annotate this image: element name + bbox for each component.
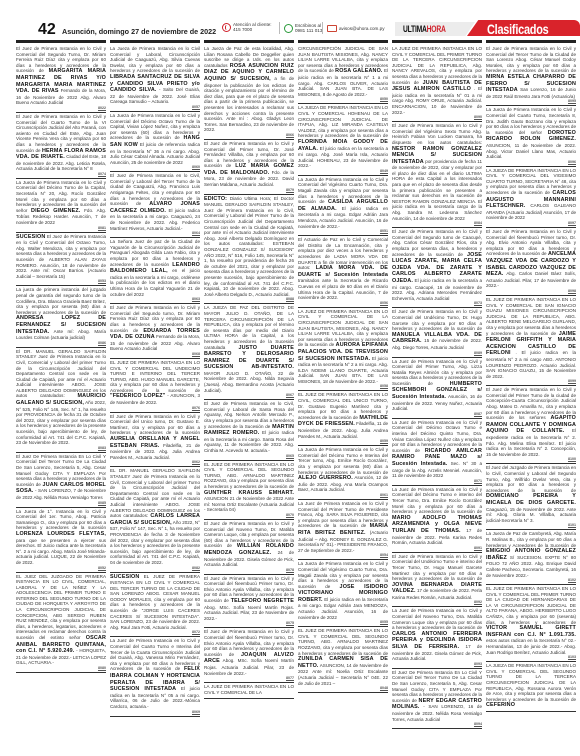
notice-body: La Jueza de Primera Instancia en lo Civi… xyxy=(110,46,200,73)
decedent-name: VICTOR SAMUEL GIRETT INSFRAN con C.I. N°… xyxy=(486,625,576,638)
notice-code: 8056 xyxy=(298,301,388,305)
legal-notice: El Juez de Primera Instancia en lo Civil… xyxy=(486,228,576,296)
notice-code: 8083 xyxy=(16,446,106,450)
notice-code: 8022 xyxy=(16,106,106,110)
column-2: La Jueza de Primera Instancia en lo Civi… xyxy=(110,40,200,756)
legal-notice: EL JUEZ DE PRIMERA INSTANCIA EN LO CIVIL… xyxy=(204,461,294,520)
page-date: Asunción, domingo 27 de noviembre de 202… xyxy=(62,27,216,36)
decedent-name: SUCESION xyxy=(16,234,45,240)
legal-notice: La Jueza de Primera Instancia en lo Civi… xyxy=(16,179,106,233)
notice-body: La Juez de Primera Instancia en lo Civil… xyxy=(392,487,482,514)
page-number: 42 xyxy=(38,24,56,36)
contact-email[interactable]: avisos@uhora.com.py xyxy=(339,26,385,31)
notice-code: 8097 xyxy=(486,221,576,225)
notice-code: 8085 xyxy=(16,501,106,505)
decedent-name: LORENZA LOURDES FLEYTAS, xyxy=(16,531,106,537)
legal-notice: SUCESION El Juez de Primera Instancia en… xyxy=(16,233,106,287)
notice-closing: Año 2022, N° 537, Folio N° 147, Sec. N° … xyxy=(110,520,200,565)
notice-code: 8103 xyxy=(486,655,576,659)
notice-code: 8086 xyxy=(16,341,106,345)
notice-code: 8098 xyxy=(486,289,576,293)
legal-notice: El Juez de Primera Instancia en lo Civil… xyxy=(486,45,576,106)
notice-code: 8072 xyxy=(110,630,200,634)
legal-notice: EL JUEZ DE PRIMERA INSTANCIA EN LO CIVIL… xyxy=(298,627,388,693)
legal-notice: La jueza de primera instancia del juzgad… xyxy=(16,286,106,347)
column-top-rule xyxy=(16,40,106,43)
column-4: CIRCUNSCRIPCIÓN JUDICIAL DE SAN JUAN BAU… xyxy=(298,40,388,756)
decedent-name: ALEJO GUERRERO. xyxy=(298,475,353,481)
legal-notice: El Juez de Primera Instancia en lo Civil… xyxy=(204,400,294,460)
legal-notice: La Señora Juez de paz de la Ciudad de Ya… xyxy=(110,238,200,304)
notice-code: 8070 xyxy=(204,513,294,517)
notice-code: 8058 xyxy=(298,384,388,388)
column-top-rule xyxy=(204,40,294,43)
contact-phone: 415 7000 xyxy=(233,27,272,32)
legal-notice: El Juez de Primera Instancia en lo Civil… xyxy=(392,553,482,608)
decedent-name: DIEGO GIMENEZ. xyxy=(31,208,80,214)
notice-code: 8073 xyxy=(392,301,482,305)
legal-notice: LA JUEZA DE PAZ DEL DISTRITO DE MAYOR JU… xyxy=(204,304,294,400)
notice-closing: MAYOR JULIO D. OTAÑO, 22 de Noviembre de… xyxy=(204,371,294,393)
notice-closing: Caaguazú, 15 de Noviembre de 2022. Ante … xyxy=(486,507,576,523)
notice-closing: a fin de disponer la publicación de los … xyxy=(204,76,294,132)
notice-body: La Jueza de Primera Instancia en lo Civi… xyxy=(298,447,388,474)
legal-notice: LA JUEZA DE PRIMERA INSTANCIA EN LO CIVI… xyxy=(298,104,388,176)
notice-body: El Juez de Primera Instancia en lo Civil… xyxy=(392,309,482,331)
legal-notice: La Jueza de Primera Instancia en lo Civi… xyxy=(298,560,388,627)
notice-body: LA JUEZ DE PRIMERA INSTANCIA EN LO CIVIL… xyxy=(204,684,294,695)
legal-notice: EL JUEZ DE PRIMERA INSTANCIA EN LO CIVIL… xyxy=(486,585,576,662)
logo-black: ULTIMA xyxy=(403,24,427,34)
legal-notice: El Juez de Primera Instancia en lo Civil… xyxy=(392,228,482,308)
decedent-name: CEFERINO xyxy=(486,702,515,708)
logo-red: HORA xyxy=(427,24,446,34)
notice-closing: Diario Ultima Hora; El Doctor MANUEL GER… xyxy=(204,196,294,297)
notice-code: 8065 xyxy=(204,454,294,458)
notice-code: 8064 xyxy=(110,231,200,235)
notice-closing: por providencia de fecha 11 de noviembre… xyxy=(392,159,482,221)
legal-notice: El Juez de Primera Instancia en lo Civil… xyxy=(392,122,482,228)
whatsapp-icon xyxy=(284,24,293,33)
legal-notice: La Juez de Primera Instancia en lo Civil… xyxy=(110,637,200,716)
column-top-rule xyxy=(110,40,200,43)
notice-body: LA JUEZA DE PRIMERA INSTANCIA EN LO CIVI… xyxy=(486,663,576,702)
notice-code: 8088 xyxy=(204,297,294,301)
phone-icon xyxy=(222,23,231,32)
divider xyxy=(322,22,323,34)
notice-closing: para que se presenten a ejercer sus dere… xyxy=(16,538,106,565)
notice-code: 8050 xyxy=(298,97,388,101)
legal-notice: CIRCUNSCRIPCIÓN JUDICIAL DE SAN JUAN BAU… xyxy=(298,45,388,104)
notice-code: 8084 xyxy=(392,221,482,225)
decedent-name: DOMICIANO PEREIRA Y MICAELA DE DIOS GARC… xyxy=(486,493,576,506)
notice-code: 8081 xyxy=(16,226,106,230)
legal-notice: La Jueza de Primera Instancia en lo Civi… xyxy=(298,446,388,500)
legal-notice: LA JUEZ DE PRIMERA INSTANCIA EN LO CIVIL… xyxy=(298,308,388,392)
notice-closing: tramitados ante la Secretaría de Ricardo… xyxy=(298,278,388,300)
legal-notice: El Juez de Primera Instancia en lo Civil… xyxy=(392,308,482,357)
decedent-name: TELEFORO NEGRETTE xyxy=(231,598,294,604)
legal-notice: El Juez de Primera Instancia en lo Civil… xyxy=(204,575,294,629)
notice-code: 8062 xyxy=(110,460,200,464)
notice-body: El Juez de Primera Instancia en lo Civil… xyxy=(392,554,482,581)
notice-closing: ASUNCION, 11 de Noviembre de 2022. Abog.… xyxy=(486,143,576,159)
notice-code: 8071 xyxy=(392,479,482,483)
notice-code: 8069 xyxy=(110,710,200,714)
legal-notice: La Jueza de Primera Instancia en lo Civi… xyxy=(486,106,576,166)
notice-closing: estos autos radican en la Secretaría N° … xyxy=(486,638,576,654)
legal-notice: El Juez de Primera Instancia en lo Civil… xyxy=(110,172,200,238)
notice-code: 8082 xyxy=(110,566,200,570)
legal-notice: EL DR. MANUEL GERALDO SAIFILDIN STANLEY … xyxy=(110,467,200,572)
notice-body: El Juez de Primera Instancia en lo Civil… xyxy=(110,414,200,436)
decedent-name: EDICTO: xyxy=(204,196,227,202)
notice-code: 8048 xyxy=(298,686,388,690)
notice-body: EL DR. MANUEL GERALDO SAIFILDIN STANLEY … xyxy=(110,468,200,518)
legal-notice: EL JUEZ DE PRIMERA INSTANCIA EN LO CIVIL… xyxy=(110,359,200,413)
notice-code: 8061 xyxy=(298,493,388,497)
legal-notice: LA JUEZA DE PRIMERA INSTANCIA EN LO CIVI… xyxy=(486,167,576,228)
notice-code: 8087 xyxy=(392,412,482,416)
legal-notice: El Juez de Primera Instancia en lo Civil… xyxy=(486,386,576,464)
column-5: LA JUEZ DE PRIMERA INSTANCIA EN LO CIVIL… xyxy=(392,40,482,756)
legal-notice: El Juez de Primera Instancia en lo Civil… xyxy=(110,413,200,468)
notice-code: 8055 xyxy=(298,620,388,624)
legal-notice: La Juez de Primera Instancia en lo Civil… xyxy=(392,607,482,668)
notice-code: 8059 xyxy=(298,439,388,443)
notice-code: 8080 xyxy=(16,666,106,670)
classifieds-columns: El Juez de Primera Instancia en lo Civil… xyxy=(16,40,576,756)
legal-notice: El Juez del Juzgado de Primera Instancia… xyxy=(486,464,576,530)
notice-code: 8054 xyxy=(298,553,388,557)
legal-notice: La Jueza de Paz de Cambyretá, Abg. María… xyxy=(486,530,576,585)
notice-body: La Juez de Primera Instancia en lo Civil… xyxy=(392,608,482,630)
legal-notice: La Jueza de Primera Instancia en lo Civi… xyxy=(110,45,200,112)
notice-body: El DR. MANUEL GERALDO SAIFILDIN STANLEY … xyxy=(16,349,106,399)
notice-code: 8091 xyxy=(392,546,482,550)
notice-code: 8101 xyxy=(486,523,576,527)
notice-closing: Año 2022, N° 525, Folio N° 146, Sec. N° … xyxy=(16,400,106,445)
notice-code: 8095 xyxy=(486,99,576,103)
legal-notice: EL JUEZ DEL JUZGADO DE PRIMERA INSTANCIA… xyxy=(16,573,106,674)
notice-code: 8060 xyxy=(110,165,200,169)
legal-notice: El Juez De Primera Instancia En Lo Civil… xyxy=(16,453,106,508)
customer-service-contact: Atención al cliente:415 7000 xyxy=(222,22,272,32)
legal-notice: LA JUEZA DE PRIMERA INSTANCIA EN LO CIVI… xyxy=(486,662,576,712)
legal-notice: EDICTO: Diario Ultima Hora; El Doctor MA… xyxy=(204,195,294,305)
notice-code: 8067 xyxy=(204,393,294,397)
notice-code: 8051 xyxy=(298,229,388,233)
legal-notice: La Juez de Primera Instancia en lo Civil… xyxy=(392,358,482,419)
legal-notice: El DR. MANUEL GERALDO SAIFILDIN STANLEY … xyxy=(16,348,106,453)
notice-code: 8094 xyxy=(392,722,482,726)
legal-notice: La Jueza de 1°. Instancia en lo Civil y … xyxy=(16,508,106,573)
column-1: El Juez de Primera Instancia en lo Civil… xyxy=(16,40,106,756)
notice-code: 8078 xyxy=(204,568,294,572)
notice-body: La jueza de primera instancia del juzgad… xyxy=(16,287,106,314)
legal-notice: El Juez de Primera Instancia en lo Civil… xyxy=(16,113,106,179)
column-top-rule xyxy=(298,40,388,43)
notice-closing: Abog. MSc. Sofía Noemí Martín Rojas. Act… xyxy=(204,605,294,621)
notice-body: EL JUEZ DE PRIMERA INSTANCIA EN LO CIVIL… xyxy=(486,586,576,625)
whatsapp-contact: Escribinos al0981 111 013 xyxy=(275,22,322,34)
notice-code: 8049 xyxy=(298,169,388,173)
page-header: 42 Asunción, domingo 27 de noviembre de … xyxy=(0,0,580,36)
divider xyxy=(279,22,280,34)
notice-code: 8089 xyxy=(392,351,482,355)
notice-body: El Juez de Primera Instancia en lo Civil… xyxy=(486,46,576,73)
notice-closing: ASUNCION 21 de Noviembre de 2022 Ante mí… xyxy=(204,496,294,512)
notice-body: EL JUEZ DE PRIMERA INSTANCIA EN LO CIVIL… xyxy=(298,628,388,655)
notice-code: 8090 xyxy=(392,115,482,119)
notice-closing: El Juez de Primera Instancia en lo Civil… xyxy=(16,234,106,279)
notice-code: 8096 xyxy=(486,160,576,164)
legal-notice: La Juez de Primera Instancia en lo Civil… xyxy=(298,500,388,560)
notice-code: 8093 xyxy=(392,662,482,666)
legal-notice: El Juez de Primera Instancia en lo Civil… xyxy=(204,520,294,575)
section-title: Clasificados xyxy=(487,21,549,36)
notice-code: 8077 xyxy=(204,676,294,680)
decedent-name: GUNTHER KRAUSS EMHART. xyxy=(204,490,294,496)
decedent-name: SUCESION xyxy=(110,574,139,580)
decedent-name: ROSA GALEANO. xyxy=(335,68,382,74)
legal-notice: SUCESION EL JUEZ DE PRIMERA INSTANCIA EN… xyxy=(110,573,200,638)
legal-notice: El Juez de Primera Instancia en lo Civil… xyxy=(204,140,294,195)
notice-code: 8068 xyxy=(110,352,200,356)
legal-notice: El Juez de Primera Instancia en lo Civil… xyxy=(204,628,294,683)
notice-body: La Jueza de Paz de Cambyretá, Abg. María… xyxy=(486,531,576,547)
legal-notice: El Juez De Primera Instancia En Lo Civil… xyxy=(392,669,482,729)
column-3: La Jueza de Paz de esta localidad, Abg. … xyxy=(204,40,294,756)
legal-notice: La Juez de Primera Instancia en lo Civil… xyxy=(392,419,482,486)
column-top-rule xyxy=(486,40,576,43)
notice-body: LA JUEZA DE PAZ DEL DISTRITO DE MAYOR JU… xyxy=(204,305,294,349)
notice-closing: EL JUEZ DE PRIMERA INSTANCIA EN LO CIVIL… xyxy=(110,574,200,630)
legal-notice: El Juez de Primera Instancia en lo Civil… xyxy=(110,304,200,359)
notice-code: 8079 xyxy=(204,188,294,192)
notice-code: 8075 xyxy=(204,621,294,625)
notice-code: 8092 xyxy=(392,600,482,604)
notice-code: 8100 xyxy=(486,457,576,461)
email-contact: avisos@uhora.com.py xyxy=(318,22,385,34)
legal-notice: La Jueza de Paz de esta localidad, Abg. … xyxy=(204,45,294,140)
notice-code: 8057 xyxy=(110,105,200,109)
notice-code: 8066 xyxy=(204,133,294,137)
notice-code: 8102 xyxy=(486,578,576,582)
legal-notice: La Jueza de Primera Instancia en lo Civi… xyxy=(298,176,388,236)
section-banner: ULTIMAHORA Clasificados xyxy=(395,20,580,36)
notice-code: 8076 xyxy=(110,406,200,410)
legal-notice: EL JUEZ DE PRIMERA INSTANCIA EN LO CIVIL… xyxy=(298,391,388,446)
legal-notice: La Jueza de Primera Instancia en lo Civi… xyxy=(110,112,200,172)
notice-body: El Juez del Juzgado de Primera Instancia… xyxy=(486,465,576,492)
column-top-rule xyxy=(392,40,482,43)
newspaper-logo: ULTIMAHORA xyxy=(403,24,446,34)
notice-body: EL JUEZ DE PRIMERA INSTANCIA EN LO CIVIL… xyxy=(204,462,294,489)
legal-notice: El Juez de Primera Instancia en lo Civil… xyxy=(16,45,106,113)
legal-notice: EL JUEZ DE PRIMERA INSTANCIA EN LO CIVIL… xyxy=(486,296,576,386)
notice-body: LA JUEZA DE PRIMERA INSTANCIA EN LO CIVI… xyxy=(298,105,388,138)
legal-notice: LA JUEZ DE PRIMERA INSTANCIA EN LO CIVIL… xyxy=(392,45,482,122)
notice-code: 8099 xyxy=(486,379,576,383)
legal-notice: La Juez de Primera Instancia en lo Civil… xyxy=(392,486,482,553)
mail-icon xyxy=(327,25,337,32)
notice-body: EL JUEZ DE PRIMERA INSTANCIA EN LO CIVIL… xyxy=(110,360,200,393)
notice-body: El Juez de Primera Instancia en lo Civil… xyxy=(392,123,482,145)
decedent-name: "FEDERICO LOPEZ" xyxy=(110,393,165,399)
legal-notice: El Actuario de Paz en lo Civil y Comerci… xyxy=(298,236,388,308)
legal-notice: LA JUEZ DE PRIMERA INSTANCIA EN LO CIVIL… xyxy=(204,683,294,699)
notice-code: 8063 xyxy=(110,297,200,301)
column-6: El Juez de Primera Instancia en lo Civil… xyxy=(486,40,576,756)
notice-code: 8074 xyxy=(16,172,106,176)
notice-body: La Jueza de 1°. Instancia en lo Civil y … xyxy=(16,509,106,531)
notice-body: EL JUEZ DEL JUZGADO DE PRIMERA INSTANCIA… xyxy=(16,574,106,641)
notice-code: 8052 xyxy=(16,566,106,570)
notice-code: 8053 xyxy=(16,279,106,283)
